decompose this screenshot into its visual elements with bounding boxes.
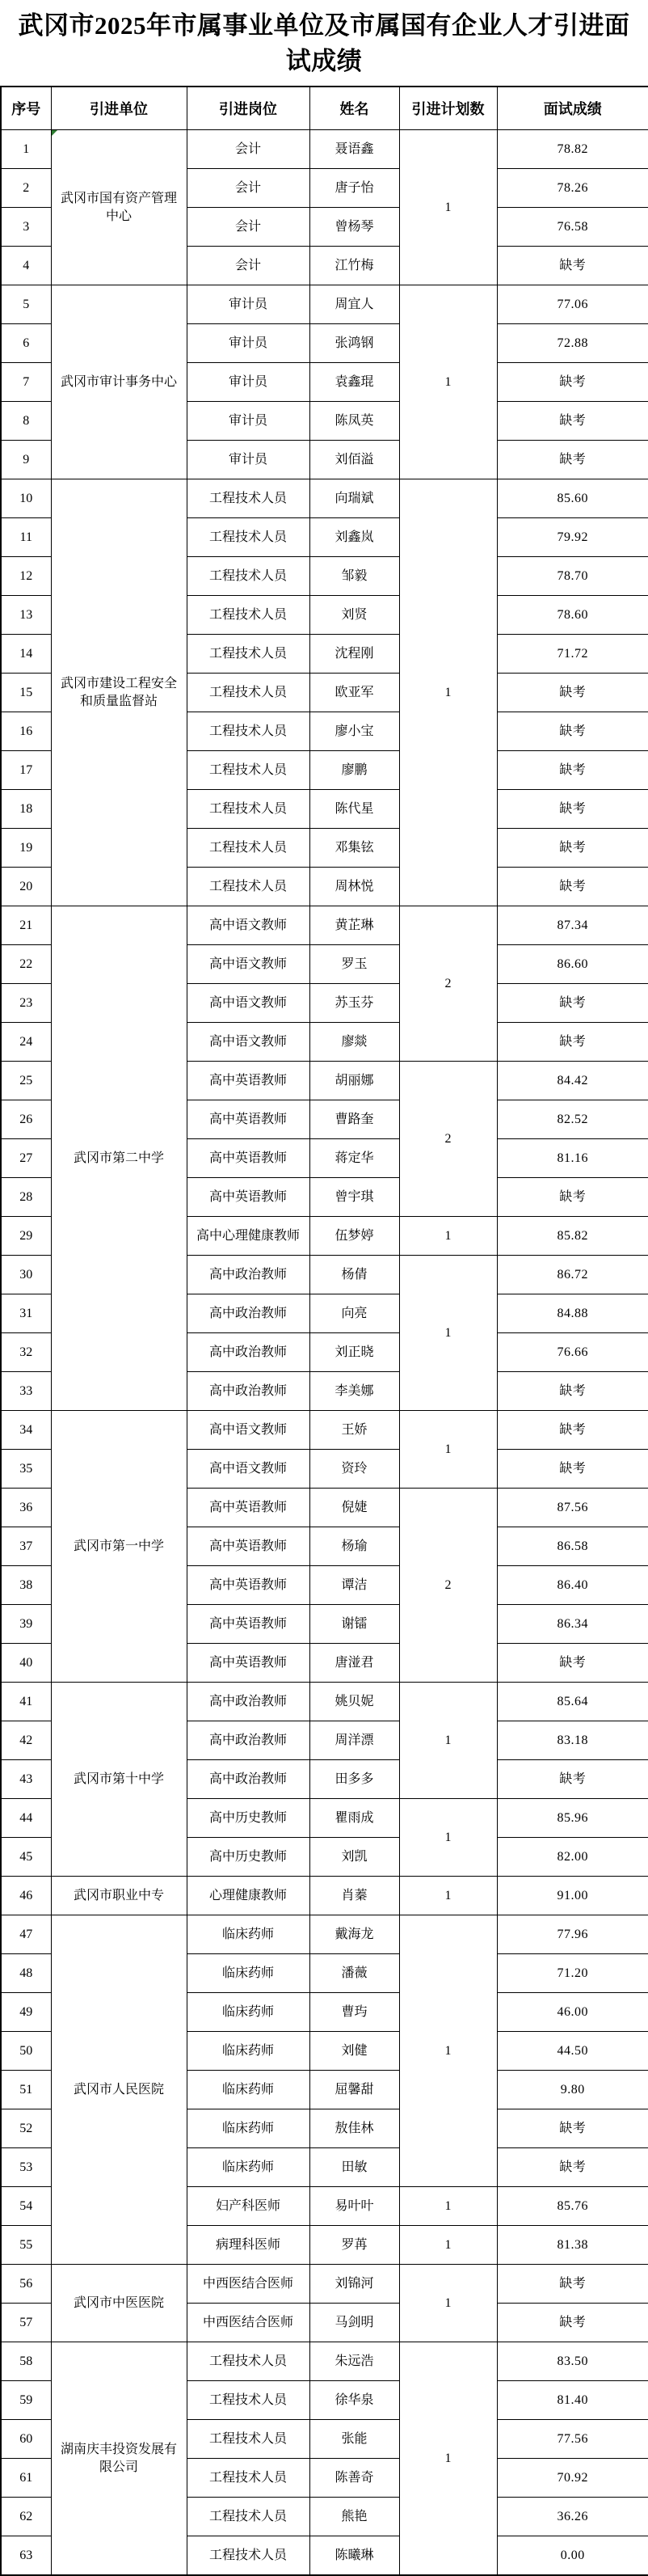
position-cell-text: 临床药师	[222, 2160, 274, 2174]
planned-count-cell-text: 1	[445, 2044, 452, 2058]
row-number-cell: 34	[1, 1411, 51, 1450]
position-cell-text: 高中心理健康教师	[196, 1229, 300, 1243]
name-cell: 朱远浩	[309, 2342, 399, 2381]
position-cell: 会计	[187, 247, 309, 285]
planned-count-cell-text: 1	[445, 1229, 452, 1243]
position-cell: 工程技术人员	[187, 2420, 309, 2459]
row-number-cell-text: 28	[19, 1190, 32, 1204]
interview-score-cell: 86.58	[497, 1527, 648, 1566]
row-number-cell-text: 4	[23, 259, 29, 272]
interview-score-cell: 0.00	[497, 2536, 648, 2576]
name-cell: 廖燚	[309, 1023, 399, 1062]
interview-score-cell: 85.60	[497, 479, 648, 518]
planned-count-cell-text: 1	[445, 1734, 452, 1747]
position-cell: 高中心理健康教师	[187, 1217, 309, 1256]
name-cell: 易叶叶	[309, 2187, 399, 2226]
interview-score-cell: 77.96	[497, 1915, 648, 1954]
interview-score-cell: 78.26	[497, 169, 648, 208]
interview-score-cell: 86.60	[497, 945, 648, 984]
name-cell: 陈善奇	[309, 2459, 399, 2498]
row-number-cell-text: 52	[19, 2122, 32, 2135]
interview-score-cell: 84.88	[497, 1294, 648, 1333]
planned-count-cell: 1	[399, 1411, 497, 1489]
planned-count-cell-text: 1	[445, 375, 452, 389]
recruiting-unit-cell-text: 湖南庆丰投资发展有限公司	[61, 2443, 177, 2474]
row-number-cell-text: 59	[19, 2393, 32, 2407]
interview-score-cell: 缺考	[497, 441, 648, 479]
row-number-cell-text: 9	[23, 453, 29, 467]
interview-score-cell-text: 71.72	[558, 647, 589, 661]
interview-score-cell: 70.92	[497, 2459, 648, 2498]
interview-score-cell-text: 71.20	[558, 1966, 589, 1980]
planned-count-cell: 1	[399, 1256, 497, 1411]
position-cell-text: 心理健康教师	[209, 1889, 287, 1902]
table-row: 5武冈市审计事务中心审计员周宜人177.06	[1, 285, 648, 324]
name-cell: 潘薇	[309, 1954, 399, 1993]
row-number-cell: 52	[1, 2109, 51, 2148]
name-cell-text: 熊艳	[341, 2510, 367, 2523]
name-cell-text: 欧亚军	[335, 686, 373, 699]
row-number-cell-text: 43	[19, 1772, 32, 1786]
position-cell-text: 高中历史教师	[209, 1850, 287, 1864]
position-cell-text: 高中历史教师	[209, 1811, 287, 1825]
position-cell-text: 高中英语教师	[209, 1656, 287, 1670]
table-row: 46武冈市职业中专心理健康教师肖蓁191.00	[1, 1877, 648, 1915]
position-cell: 高中英语教师	[187, 1100, 309, 1139]
name-cell-text: 陈代星	[335, 802, 373, 816]
header-interview-score: 面试成绩	[497, 87, 648, 130]
position-cell: 审计员	[187, 324, 309, 363]
planned-count-cell-text: 2	[445, 1132, 452, 1146]
row-number-cell: 1	[1, 130, 51, 169]
name-cell-text: 资玲	[341, 1462, 367, 1476]
name-cell: 周林悦	[309, 868, 399, 906]
name-cell: 谢镭	[309, 1605, 399, 1644]
name-cell: 姚贝妮	[309, 1683, 399, 1721]
position-cell: 工程技术人员	[187, 518, 309, 557]
name-cell-text: 屈馨甜	[335, 2083, 373, 2097]
position-cell-text: 工程技术人员	[209, 763, 287, 777]
row-number-cell-text: 47	[19, 1928, 32, 1941]
name-cell-text: 王娇	[341, 1423, 367, 1437]
name-cell-text: 李美娜	[335, 1384, 373, 1398]
table-row: 47武冈市人民医院临床药师戴海龙177.96	[1, 1915, 648, 1954]
recruiting-unit-cell: 武冈市第二中学	[51, 906, 187, 1411]
interview-score-cell: 78.60	[497, 596, 648, 635]
position-cell-text: 妇产科医师	[216, 2199, 280, 2213]
position-cell: 临床药师	[187, 1993, 309, 2032]
row-number-cell-text: 61	[19, 2471, 32, 2485]
planned-count-cell-text: 1	[445, 1442, 452, 1456]
name-cell: 向瑞斌	[309, 479, 399, 518]
recruiting-unit-cell: 武冈市职业中专	[51, 1877, 187, 1915]
row-number-cell: 57	[1, 2304, 51, 2342]
name-cell-text: 罗玉	[341, 957, 367, 971]
name-cell: 黄芷琳	[309, 906, 399, 945]
row-number-cell-text: 35	[19, 1462, 32, 1476]
score-table-body: 1武冈市国有资产管理中心会计聂语鑫178.822会计唐子怡78.263会计曾杨琴…	[1, 130, 648, 2576]
position-cell-text: 临床药师	[222, 2044, 274, 2058]
interview-score-cell-text: 缺考	[559, 2277, 586, 2291]
interview-score-cell-text: 86.60	[558, 957, 589, 971]
name-cell-text: 唐子怡	[335, 181, 373, 195]
row-number-cell-text: 45	[19, 1850, 32, 1864]
planned-count-cell-text: 2	[445, 1578, 452, 1592]
row-number-cell-text: 53	[19, 2160, 32, 2174]
position-cell: 会计	[187, 130, 309, 169]
table-row: 56武冈市中医医院中西医结合医师刘锦河1缺考	[1, 2265, 648, 2304]
row-number-cell-text: 14	[19, 647, 32, 661]
name-cell-text: 刘正晓	[335, 1345, 373, 1359]
interview-score-cell-text: 86.72	[558, 1268, 589, 1282]
planned-count-cell-text: 1	[445, 2451, 452, 2465]
position-cell: 高中语文教师	[187, 1023, 309, 1062]
position-cell-text: 高中英语教师	[209, 1539, 287, 1553]
planned-count-cell-text: 1	[445, 1326, 452, 1340]
interview-score-cell: 76.66	[497, 1333, 648, 1372]
interview-score-cell-text: 缺考	[559, 2160, 586, 2174]
name-cell: 刘健	[309, 2032, 399, 2071]
position-cell-text: 高中英语教师	[209, 1074, 287, 1087]
position-cell-text: 临床药师	[222, 1966, 274, 1980]
row-number-cell: 46	[1, 1877, 51, 1915]
position-cell-text: 工程技术人员	[209, 802, 287, 816]
recruiting-unit-cell-text: 武冈市国有资产管理中心	[61, 192, 177, 223]
name-cell: 袁鑫琨	[309, 363, 399, 402]
row-number-cell: 6	[1, 324, 51, 363]
name-cell-text: 姚贝妮	[335, 1695, 373, 1708]
interview-score-cell-text: 81.40	[558, 2393, 589, 2407]
name-cell: 曾杨琴	[309, 208, 399, 247]
row-number-cell-text: 42	[19, 1734, 32, 1747]
name-cell: 蒋定华	[309, 1139, 399, 1178]
planned-count-cell: 2	[399, 1489, 497, 1683]
name-cell: 刘锦河	[309, 2265, 399, 2304]
interview-score-cell: 缺考	[497, 2304, 648, 2342]
row-number-cell-text: 31	[19, 1307, 32, 1320]
recruiting-unit-cell-text: 武冈市审计事务中心	[61, 375, 177, 389]
position-cell: 高中英语教师	[187, 1566, 309, 1605]
row-number-cell: 56	[1, 2265, 51, 2304]
interview-score-cell-text: 70.92	[558, 2471, 589, 2485]
row-number-cell-text: 15	[19, 686, 32, 699]
row-number-cell: 55	[1, 2226, 51, 2265]
position-cell-text: 会计	[235, 220, 261, 234]
position-cell-text: 审计员	[229, 414, 267, 428]
position-cell-text: 高中政治教师	[209, 1772, 287, 1786]
interview-score-cell: 缺考	[497, 2148, 648, 2187]
interview-score-cell-text: 缺考	[559, 1035, 586, 1049]
interview-score-cell-text: 86.40	[558, 1578, 589, 1592]
name-cell-text: 罗苒	[341, 2238, 367, 2252]
row-number-cell: 62	[1, 2498, 51, 2536]
row-number-cell-text: 40	[19, 1656, 32, 1670]
position-cell-text: 工程技术人员	[209, 2549, 287, 2562]
planned-count-cell: 1	[399, 130, 497, 285]
row-number-cell-text: 62	[19, 2510, 32, 2523]
position-cell: 临床药师	[187, 2148, 309, 2187]
name-cell: 唐子怡	[309, 169, 399, 208]
name-cell-text: 刘凯	[341, 1850, 367, 1864]
position-cell-text: 工程技术人员	[209, 2393, 287, 2407]
row-number-cell: 9	[1, 441, 51, 479]
planned-count-cell-text: 1	[445, 2238, 452, 2252]
interview-score-cell: 72.88	[497, 324, 648, 363]
interview-score-cell: 77.06	[497, 285, 648, 324]
row-number-cell: 35	[1, 1450, 51, 1489]
interview-score-cell: 缺考	[497, 1411, 648, 1450]
interview-score-cell: 缺考	[497, 674, 648, 712]
interview-score-cell-text: 81.38	[558, 2238, 589, 2252]
name-cell: 谭洁	[309, 1566, 399, 1605]
recruiting-unit-cell-text: 武冈市第二中学	[74, 1151, 164, 1165]
position-cell-text: 工程技术人员	[209, 2510, 287, 2523]
position-cell: 工程技术人员	[187, 2459, 309, 2498]
interview-score-cell-text: 78.60	[558, 608, 589, 622]
name-cell: 王娇	[309, 1411, 399, 1450]
position-cell: 高中英语教师	[187, 1644, 309, 1683]
name-cell: 聂语鑫	[309, 130, 399, 169]
name-cell: 苏玉芬	[309, 984, 399, 1023]
interview-score-cell-text: 46.00	[558, 2005, 589, 2019]
interview-score-cell: 44.50	[497, 2032, 648, 2071]
position-cell: 工程技术人员	[187, 2342, 309, 2381]
position-cell: 会计	[187, 208, 309, 247]
interview-score-cell: 87.56	[497, 1489, 648, 1527]
planned-count-cell-text: 1	[445, 686, 452, 699]
row-number-cell-text: 63	[19, 2549, 32, 2562]
planned-count-cell-text: 1	[445, 1831, 452, 1844]
position-cell-text: 工程技术人员	[209, 569, 287, 583]
planned-count-cell: 1	[399, 479, 497, 906]
name-cell: 马剑明	[309, 2304, 399, 2342]
row-number-cell: 10	[1, 479, 51, 518]
interview-score-cell: 缺考	[497, 363, 648, 402]
position-cell: 高中语文教师	[187, 1450, 309, 1489]
row-number-cell-text: 25	[19, 1074, 32, 1087]
interview-score-cell-text: 79.92	[558, 530, 589, 544]
interview-score-cell: 缺考	[497, 1178, 648, 1217]
position-cell: 高中英语教师	[187, 1178, 309, 1217]
recruiting-unit-cell-text: 武冈市人民医院	[74, 2083, 164, 2097]
row-number-cell-text: 8	[23, 414, 29, 428]
row-number-cell: 54	[1, 2187, 51, 2226]
interview-score-cell: 71.72	[497, 635, 648, 674]
name-cell-text: 朱远浩	[335, 2354, 373, 2368]
interview-score-cell-text: 缺考	[559, 763, 586, 777]
position-cell: 审计员	[187, 285, 309, 324]
row-number-cell: 16	[1, 712, 51, 751]
row-number-cell-text: 48	[19, 1966, 32, 1980]
name-cell: 廖小宝	[309, 712, 399, 751]
interview-score-cell-text: 84.88	[558, 1307, 589, 1320]
name-cell-text: 肖蓁	[341, 1889, 367, 1902]
row-number-cell: 19	[1, 829, 51, 868]
interview-score-cell-text: 85.76	[558, 2199, 589, 2213]
position-cell: 工程技术人员	[187, 479, 309, 518]
interview-score-cell-text: 83.50	[558, 2354, 589, 2368]
position-cell: 工程技术人员	[187, 635, 309, 674]
name-cell: 敖佳林	[309, 2109, 399, 2148]
position-cell-text: 工程技术人员	[209, 2432, 287, 2446]
position-cell-text: 审计员	[229, 336, 267, 350]
row-number-cell-text: 22	[19, 957, 32, 971]
interview-score-cell-text: 85.64	[558, 1695, 589, 1708]
position-cell-text: 高中语文教师	[209, 957, 287, 971]
name-cell-text: 刘佰溢	[335, 453, 373, 467]
row-number-cell: 24	[1, 1023, 51, 1062]
position-cell: 高中英语教师	[187, 1062, 309, 1100]
position-cell: 高中政治教师	[187, 1721, 309, 1760]
name-cell: 周洋漂	[309, 1721, 399, 1760]
interview-score-cell-text: 缺考	[559, 414, 586, 428]
position-cell-text: 高中政治教师	[209, 1345, 287, 1359]
recruiting-unit-cell: 武冈市第一中学	[51, 1411, 187, 1683]
row-number-cell-text: 24	[19, 1035, 32, 1049]
name-cell-text: 邓集铉	[335, 841, 373, 855]
interview-score-cell: 78.82	[497, 130, 648, 169]
interview-score-cell: 缺考	[497, 868, 648, 906]
row-number-cell: 58	[1, 2342, 51, 2381]
name-cell-text: 敖佳林	[335, 2122, 373, 2135]
row-number-cell: 31	[1, 1294, 51, 1333]
row-number-cell-text: 23	[19, 996, 32, 1010]
interview-score-cell: 85.96	[497, 1799, 648, 1838]
interview-score-cell: 缺考	[497, 2265, 648, 2304]
recruiting-unit-cell: 武冈市建设工程安全和质量监督站	[51, 479, 187, 906]
interview-score-cell: 81.40	[497, 2381, 648, 2420]
row-number-cell-text: 36	[19, 1501, 32, 1514]
name-cell: 刘鑫岚	[309, 518, 399, 557]
row-number-cell-text: 3	[23, 220, 29, 234]
position-cell: 审计员	[187, 402, 309, 441]
position-cell-text: 高中英语教师	[209, 1617, 287, 1631]
name-cell: 瞿雨成	[309, 1799, 399, 1838]
name-cell-text: 邹毅	[341, 569, 367, 583]
row-number-cell: 43	[1, 1760, 51, 1799]
recruiting-unit-cell-text: 武冈市第十中学	[74, 1772, 164, 1786]
row-number-cell-text: 16	[19, 724, 32, 738]
row-number-cell-text: 37	[19, 1539, 32, 1553]
position-cell-text: 高中政治教师	[209, 1695, 287, 1708]
position-cell-text: 高中英语教师	[209, 1501, 287, 1514]
name-cell: 陈曦琳	[309, 2536, 399, 2576]
name-cell: 罗苒	[309, 2226, 399, 2265]
row-number-cell: 40	[1, 1644, 51, 1683]
interview-score-cell-text: 81.16	[558, 1151, 589, 1165]
name-cell: 罗玉	[309, 945, 399, 984]
name-cell-text: 陈善奇	[335, 2471, 373, 2485]
name-cell: 李美娜	[309, 1372, 399, 1411]
row-number-cell: 22	[1, 945, 51, 984]
row-number-cell: 36	[1, 1489, 51, 1527]
interview-score-cell-text: 76.58	[558, 220, 589, 234]
name-cell-text: 蒋定华	[335, 1151, 373, 1165]
position-cell: 工程技术人员	[187, 868, 309, 906]
name-cell-text: 张能	[341, 2432, 367, 2446]
position-cell-text: 高中语文教师	[209, 996, 287, 1010]
table-row: 41武冈市第十中学高中政治教师姚贝妮185.64	[1, 1683, 648, 1721]
position-cell-text: 工程技术人员	[209, 880, 287, 893]
position-cell-text: 高中政治教师	[209, 1734, 287, 1747]
planned-count-cell-text: 1	[445, 1889, 452, 1902]
position-cell-text: 高中语文教师	[209, 1423, 287, 1437]
name-cell-text: 廖燚	[341, 1035, 367, 1049]
row-number-cell: 39	[1, 1605, 51, 1644]
position-cell-text: 高中语文教师	[209, 918, 287, 932]
row-number-cell: 51	[1, 2071, 51, 2109]
position-cell-text: 临床药师	[222, 2083, 274, 2097]
row-number-cell: 47	[1, 1915, 51, 1954]
row-number-cell: 59	[1, 2381, 51, 2420]
name-cell-text: 刘健	[341, 2044, 367, 2058]
table-header: 序号 引进单位 引进岗位 姓名 引进计划数 面试成绩	[1, 87, 648, 130]
row-number-cell-text: 50	[19, 2044, 32, 2058]
position-cell: 高中政治教师	[187, 1372, 309, 1411]
planned-count-cell: 2	[399, 1062, 497, 1217]
interview-score-cell-text: 78.70	[558, 569, 589, 583]
name-cell-text: 周林悦	[335, 880, 373, 893]
planned-count-cell: 1	[399, 1799, 497, 1877]
name-cell-text: 刘锦河	[335, 2277, 373, 2291]
row-number-cell-text: 56	[19, 2277, 32, 2291]
row-number-cell: 8	[1, 402, 51, 441]
position-cell-text: 工程技术人员	[209, 2354, 287, 2368]
row-number-cell-text: 1	[23, 142, 29, 156]
name-cell: 刘贤	[309, 596, 399, 635]
interview-score-cell-text: 缺考	[559, 2122, 586, 2135]
name-cell: 邹毅	[309, 557, 399, 596]
position-cell-text: 病理科医师	[216, 2238, 280, 2252]
name-cell-text: 胡丽娜	[335, 1074, 373, 1087]
position-cell-text: 高中英语教师	[209, 1578, 287, 1592]
interview-score-cell: 85.82	[497, 1217, 648, 1256]
position-cell: 病理科医师	[187, 2226, 309, 2265]
position-cell: 临床药师	[187, 1954, 309, 1993]
planned-count-cell-text: 1	[445, 2296, 452, 2310]
interview-score-cell-text: 87.34	[558, 918, 589, 932]
position-cell: 工程技术人员	[187, 829, 309, 868]
interview-score-cell: 81.38	[497, 2226, 648, 2265]
position-cell-text: 会计	[235, 259, 261, 272]
interview-score-cell: 缺考	[497, 402, 648, 441]
planned-count-cell-text: 1	[445, 2199, 452, 2213]
position-cell-text: 审计员	[229, 375, 267, 389]
row-number-cell: 41	[1, 1683, 51, 1721]
name-cell: 徐华泉	[309, 2381, 399, 2420]
interview-score-cell: 36.26	[497, 2498, 648, 2536]
interview-score-cell-text: 缺考	[559, 1462, 586, 1476]
name-cell-text: 廖鹏	[341, 763, 367, 777]
page-title: 武冈市2025年市属事业单位及市属国有企业人才引进面试成绩	[16, 0, 632, 86]
position-cell-text: 会计	[235, 142, 261, 156]
interview-score-cell-text: 44.50	[558, 2044, 589, 2058]
position-cell-text: 工程技术人员	[209, 724, 287, 738]
row-number-cell-text: 12	[19, 569, 32, 583]
interview-score-cell: 71.20	[497, 1954, 648, 1993]
interview-score-cell-text: 83.18	[558, 1734, 589, 1747]
name-cell-text: 杨瑜	[341, 1539, 367, 1553]
row-number-cell: 5	[1, 285, 51, 324]
table-row: 1武冈市国有资产管理中心会计聂语鑫178.82	[1, 130, 648, 169]
name-cell-text: 田多多	[335, 1772, 373, 1786]
name-cell: 杨倩	[309, 1256, 399, 1294]
planned-count-cell: 1	[399, 2187, 497, 2226]
row-number-cell-text: 10	[19, 492, 32, 505]
name-cell: 向亮	[309, 1294, 399, 1333]
recruiting-unit-cell: 武冈市人民医院	[51, 1915, 187, 2265]
name-cell: 胡丽娜	[309, 1062, 399, 1100]
